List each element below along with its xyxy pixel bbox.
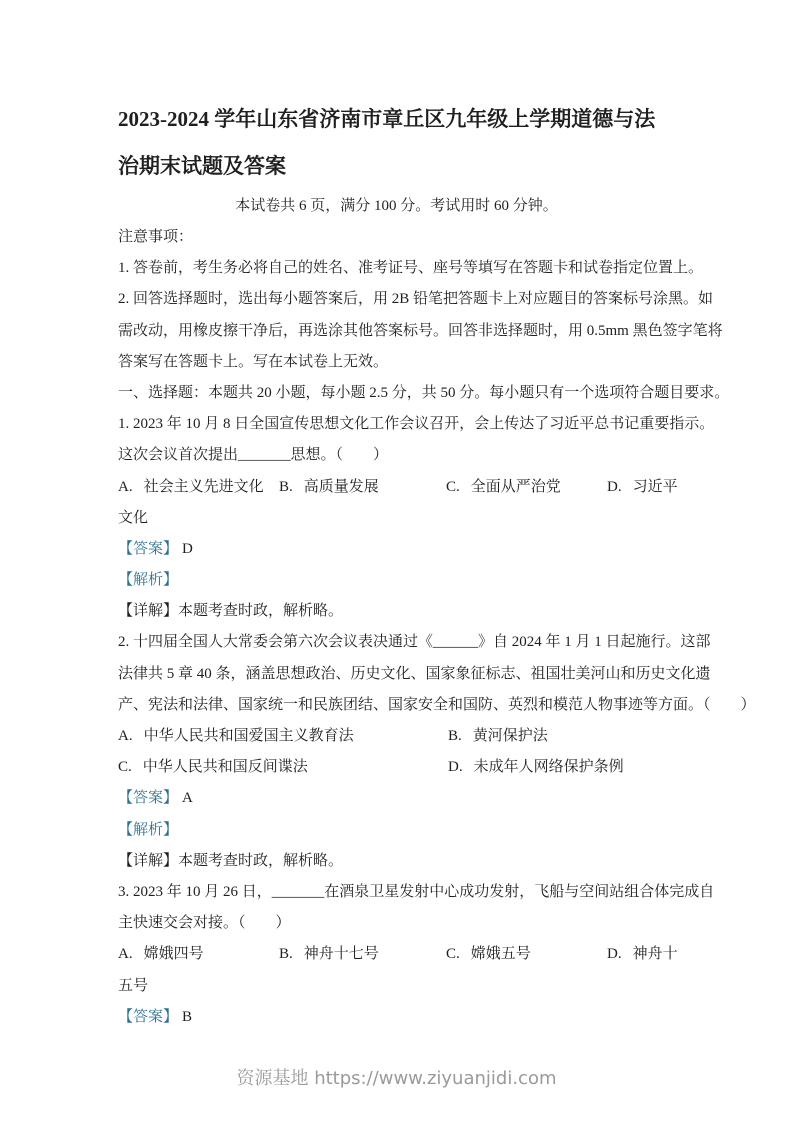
option-label: C. (446, 946, 460, 962)
answer-tag: 【解析】 (118, 822, 178, 838)
option-label: D. (607, 479, 622, 495)
option: A.嫦娥四号 (118, 939, 279, 970)
answer-value: D (182, 541, 193, 557)
option-label: A. (118, 479, 133, 495)
option-label: B. (279, 946, 293, 962)
title-line-2: 治期末试题及答案 (118, 143, 718, 190)
option-text: 嫦娥四号 (144, 946, 204, 962)
option-label: D. (448, 759, 463, 775)
option: C.全面从严治党 (446, 472, 607, 503)
option: D.习近平 (607, 472, 680, 503)
option-label: B. (448, 728, 462, 744)
options-row: A.嫦娥四号B.神舟十七号C.嫦娥五号D.神舟十 (118, 939, 680, 970)
text-line: 注意事项： (118, 222, 680, 253)
answer-value: B (182, 1009, 192, 1025)
option-text: 全面从严治党 (471, 479, 561, 495)
option: B.黄河保护法 (448, 721, 680, 752)
option-text: 社会主义先进文化 (144, 479, 264, 495)
text-line: 2. 十四届全国人大常委会第六次会议表决通过《______》自 2024 年 1… (118, 627, 680, 658)
option: C.嫦娥五号 (446, 939, 607, 970)
text-line: 文化 (118, 503, 680, 534)
option-label: C. (446, 479, 460, 495)
option: B.高质量发展 (279, 472, 446, 503)
option-label: A. (118, 946, 133, 962)
option: B.神舟十七号 (279, 939, 446, 970)
answer-tag: 【解析】 (118, 572, 178, 588)
text-line: 一、选择题：本题共 20 小题，每小题 2.5 分，共 50 分。每小题只有一个… (118, 378, 680, 409)
answer-tag: 【答案】 (118, 790, 178, 806)
option-text: 习近平 (633, 479, 678, 495)
answer-line: 【答案】B (118, 1002, 680, 1033)
option-text: 未成年人网络保护条例 (474, 759, 624, 775)
option: C.中华人民共和国反间谍法 (118, 752, 448, 783)
text-line: 产、宪法和法律、国家统一和民族团结、国家安全和国防、英烈和模范人物事迹等方面。（… (118, 690, 680, 721)
document-page: 2023-2024 学年山东省济南市章丘区九年级上学期道德与法 治期末试题及答案… (0, 0, 793, 1122)
text-line: 1. 答卷前，考生务必将自己的姓名、准考证号、座号等填写在答题卡和试卷指定位置上… (118, 253, 680, 284)
answer-line: 【解析】 (118, 815, 680, 846)
answer-line: 【答案】A (118, 783, 680, 814)
text-line: 3. 2023 年 10 月 26 日，_______在酒泉卫星发射中心成功发射… (118, 877, 680, 908)
text-line: 主快速交会对接。（ ） (118, 908, 680, 939)
answer-value: A (182, 790, 193, 806)
text-line: 【详解】本题考查时政，解析略。 (118, 846, 680, 877)
text-line: 1. 2023 年 10 月 8 日全国宣传思想文化工作会议召开，会上传达了习近… (118, 409, 680, 440)
text-line: 需改动，用橡皮擦干净后，再选涂其他答案标号。回答非选择题时，用 0.5mm 黑色… (118, 316, 680, 347)
answer-line: 【解析】 (118, 565, 680, 596)
answer-line: 【答案】D (118, 534, 680, 565)
option-text: 中华人民共和国爱国主义教育法 (144, 728, 354, 744)
option-text: 神舟十七号 (304, 946, 379, 962)
option-label: B. (279, 479, 293, 495)
option-text: 高质量发展 (304, 479, 379, 495)
text-line: 答案写在答题卡上。写在本试卷上无效。 (118, 347, 680, 378)
option: A.中华人民共和国爱国主义教育法 (118, 721, 448, 752)
option-label: A. (118, 728, 133, 744)
options-row: A.中华人民共和国爱国主义教育法B.黄河保护法 (118, 721, 680, 752)
option: D.未成年人网络保护条例 (448, 752, 680, 783)
text-line: 【详解】本题考查时政，解析略。 (118, 596, 680, 627)
option-text: 中华人民共和国反间谍法 (143, 759, 308, 775)
text-line: 2. 回答选择题时，选出每小题答案后，用 2B 铅笔把答题卡上对应题目的答案标号… (118, 284, 680, 315)
text-line: 这次会议首次提出_______思想。（ ） (118, 440, 680, 471)
option-text: 嫦娥五号 (471, 946, 531, 962)
title-line-1: 2023-2024 学年山东省济南市章丘区九年级上学期道德与法 (118, 96, 718, 143)
option-label: D. (607, 946, 622, 962)
answer-tag: 【答案】 (118, 1009, 178, 1025)
footer-link[interactable]: 资源基地 https://www.ziyuanjidi.com (0, 1064, 793, 1090)
options-row: A.社会主义先进文化B.高质量发展C.全面从严治党D.习近平 (118, 472, 680, 503)
answer-tag: 【答案】 (118, 541, 178, 557)
document-title: 2023-2024 学年山东省济南市章丘区九年级上学期道德与法 治期末试题及答案 (118, 96, 718, 190)
option: A.社会主义先进文化 (118, 472, 279, 503)
option: D.神舟十 (607, 939, 680, 970)
option-text: 黄河保护法 (473, 728, 548, 744)
option-text: 神舟十 (633, 946, 678, 962)
exam-info: 本试卷共 6 页，满分 100 分。考试用时 60 分钟。 (0, 190, 793, 222)
option-label: C. (118, 759, 132, 775)
text-line: 法律共 5 章 40 条，涵盖思想政治、历史文化、国家象征标志、祖国壮美河山和历… (118, 659, 680, 690)
options-row: C.中华人民共和国反间谍法D.未成年人网络保护条例 (118, 752, 680, 783)
text-line: 五号 (118, 971, 680, 1002)
document-body: 注意事项：1. 答卷前，考生务必将自己的姓名、准考证号、座号等填写在答题卡和试卷… (118, 222, 680, 1033)
